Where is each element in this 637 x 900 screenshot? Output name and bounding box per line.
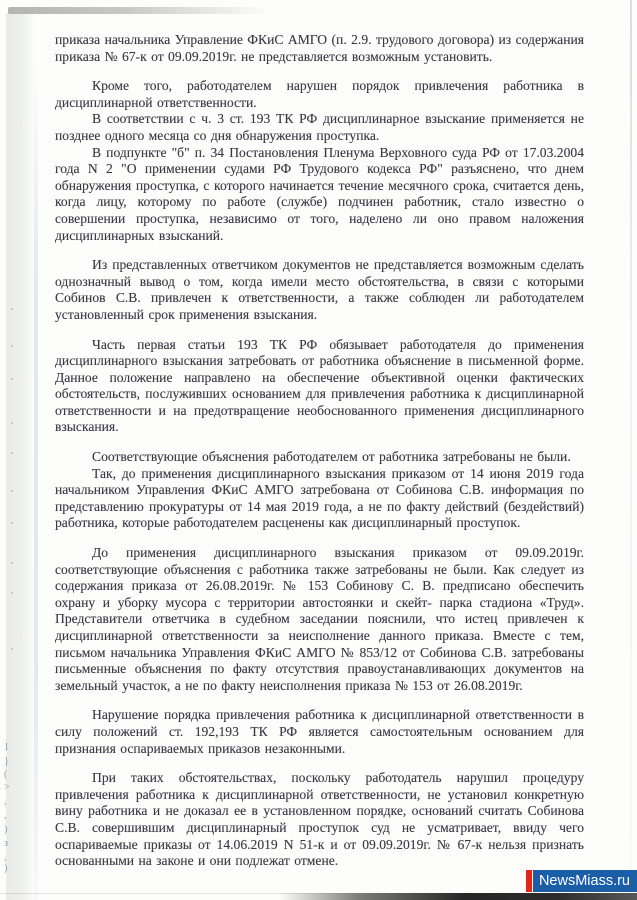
edge-bleed-glyph: ,	[4, 811, 7, 821]
paragraph: Кроме того, работодателем нарушен порядо…	[55, 78, 584, 111]
edge-speck	[11, 522, 13, 524]
paragraph: Из представленных ответчиком документов …	[55, 257, 584, 323]
page-right-edge-line	[630, 0, 632, 900]
edge-speck	[11, 378, 13, 380]
paragraph: приказа начальника Управление ФКиС АМГО …	[55, 32, 584, 65]
edge-speck	[11, 452, 13, 454]
edge-speck	[11, 592, 13, 594]
edge-bleed-glyph: >	[4, 783, 10, 793]
page-left-edge-line	[34, 60, 38, 900]
edge-bleed-glyph: )	[4, 825, 7, 835]
edge-bleed-glyph: }	[4, 757, 9, 767]
edge-bleed-glyph: з	[4, 839, 8, 849]
edge-bleed-glyph: ,	[4, 797, 7, 807]
document-text-block: приказа начальника Управление ФКиС АМГО …	[55, 32, 584, 870]
paragraph: Соответствующие объяснения работодателем…	[55, 449, 584, 466]
edge-speck	[11, 648, 13, 650]
edge-speck	[11, 308, 13, 310]
paragraph: До применения дисциплинарного взыскания …	[55, 545, 584, 694]
watermark-red-bar	[526, 870, 532, 892]
edge-bleed-glyph: )	[4, 864, 7, 874]
paragraph: При таких обстоятельствах, поскольку раб…	[55, 770, 584, 870]
newsmiass-watermark[interactable]: NewsMiass.ru	[526, 870, 637, 892]
paragraph: В подпункте "б" п. 34 Постановления Плен…	[55, 145, 584, 245]
edge-bleed-glyph: 1	[4, 743, 9, 753]
scan-top-shadow-band	[8, 7, 270, 14]
paragraph: Так, до применения дисциплинарного взыск…	[55, 466, 584, 532]
scan-left-shadow-strip	[6, 13, 35, 900]
edge-speck	[11, 345, 13, 347]
paragraph: В соответствии с ч. 3 ст. 193 ТК РФ дисц…	[55, 111, 584, 144]
paragraph: Нарушение порядка привлечения работника …	[55, 707, 584, 757]
paragraph: Часть первая статьи 193 ТК РФ обязывает …	[55, 337, 584, 437]
scan-bottom-shadow-band	[279, 893, 637, 900]
edge-speck	[11, 490, 13, 492]
watermark-label[interactable]: NewsMiass.ru	[533, 870, 637, 892]
edge-bleed-glyph: (	[4, 770, 7, 780]
edge-speck	[11, 422, 13, 424]
edge-bleed-glyph: ,	[4, 853, 7, 863]
edge-speck	[11, 562, 13, 564]
